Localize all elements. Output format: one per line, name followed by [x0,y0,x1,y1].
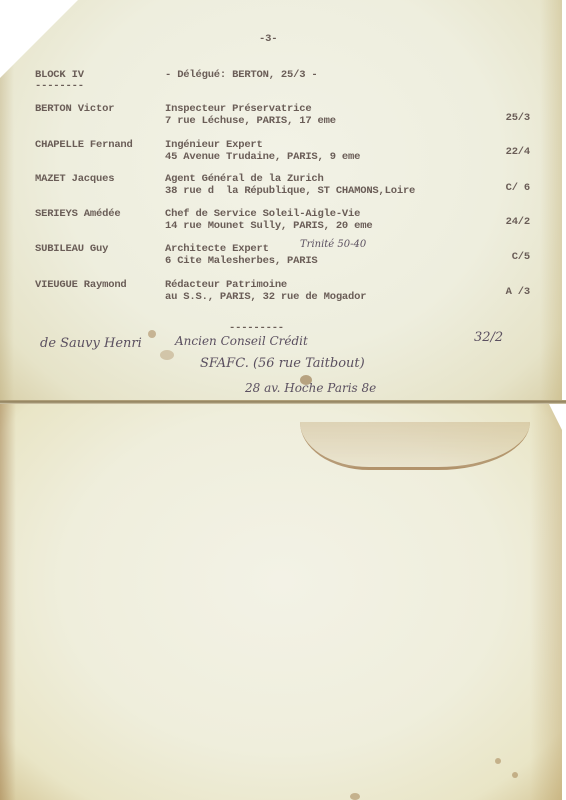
entry-name: BERTON Victor [35,103,114,116]
entry-address: 7 rue Léchuse, PARIS, 17 eme [165,115,336,128]
handwritten-company: SFAFC. (56 rue Taitbout) [200,356,365,371]
entry-code: 25/3 [470,112,530,125]
entry-name: SUBILEAU Guy [35,243,108,256]
entry-code: C/5 [470,251,530,264]
handwritten-code: 32/2 [474,330,503,345]
entry-name: SERIEYS Amédée [35,208,120,221]
entry-address: 38 rue d la République, ST CHAMONS,Loire [165,185,415,198]
entry-address: 14 rue Mounet Sully, PARIS, 20 eme [165,220,372,233]
entry-code: 22/4 [470,146,530,159]
entry-name: MAZET Jacques [35,173,114,186]
page-number: -3- [259,33,277,46]
entry-code: C/ 6 [470,182,530,195]
delegate-line: - Délégué: BERTON, 25/3 - [165,69,318,82]
water-stain [300,422,530,470]
stain-spot [512,772,518,778]
handwritten-annotation-phone: Trinité 50-40 [300,239,366,250]
handwritten-name: de Sauvy Henri [40,336,142,351]
stain-spot [495,758,501,764]
entry-address: 6 Cite Malesherbes, PARIS [165,255,318,268]
entry-name: VIEUGUE Raymond [35,279,127,292]
stain-spot [160,350,174,360]
page-fold [0,400,566,404]
entry-name: CHAPELLE Fernand [35,139,133,152]
block-underline: -------- [35,80,84,93]
stain-spot [350,793,360,800]
stain-spot [148,330,156,338]
handwritten-title: Ancien Conseil Crédit [175,334,308,348]
handwritten-address: 28 av. Hoche Paris 8e [245,381,376,395]
entry-code: 24/2 [470,216,530,229]
entry-address: 45 Avenue Trudaine, PARIS, 9 eme [165,151,360,164]
document-lower-page [0,402,562,800]
entry-code: A /3 [470,286,530,299]
entry-address: au S.S., PARIS, 32 rue de Mogador [165,291,366,304]
